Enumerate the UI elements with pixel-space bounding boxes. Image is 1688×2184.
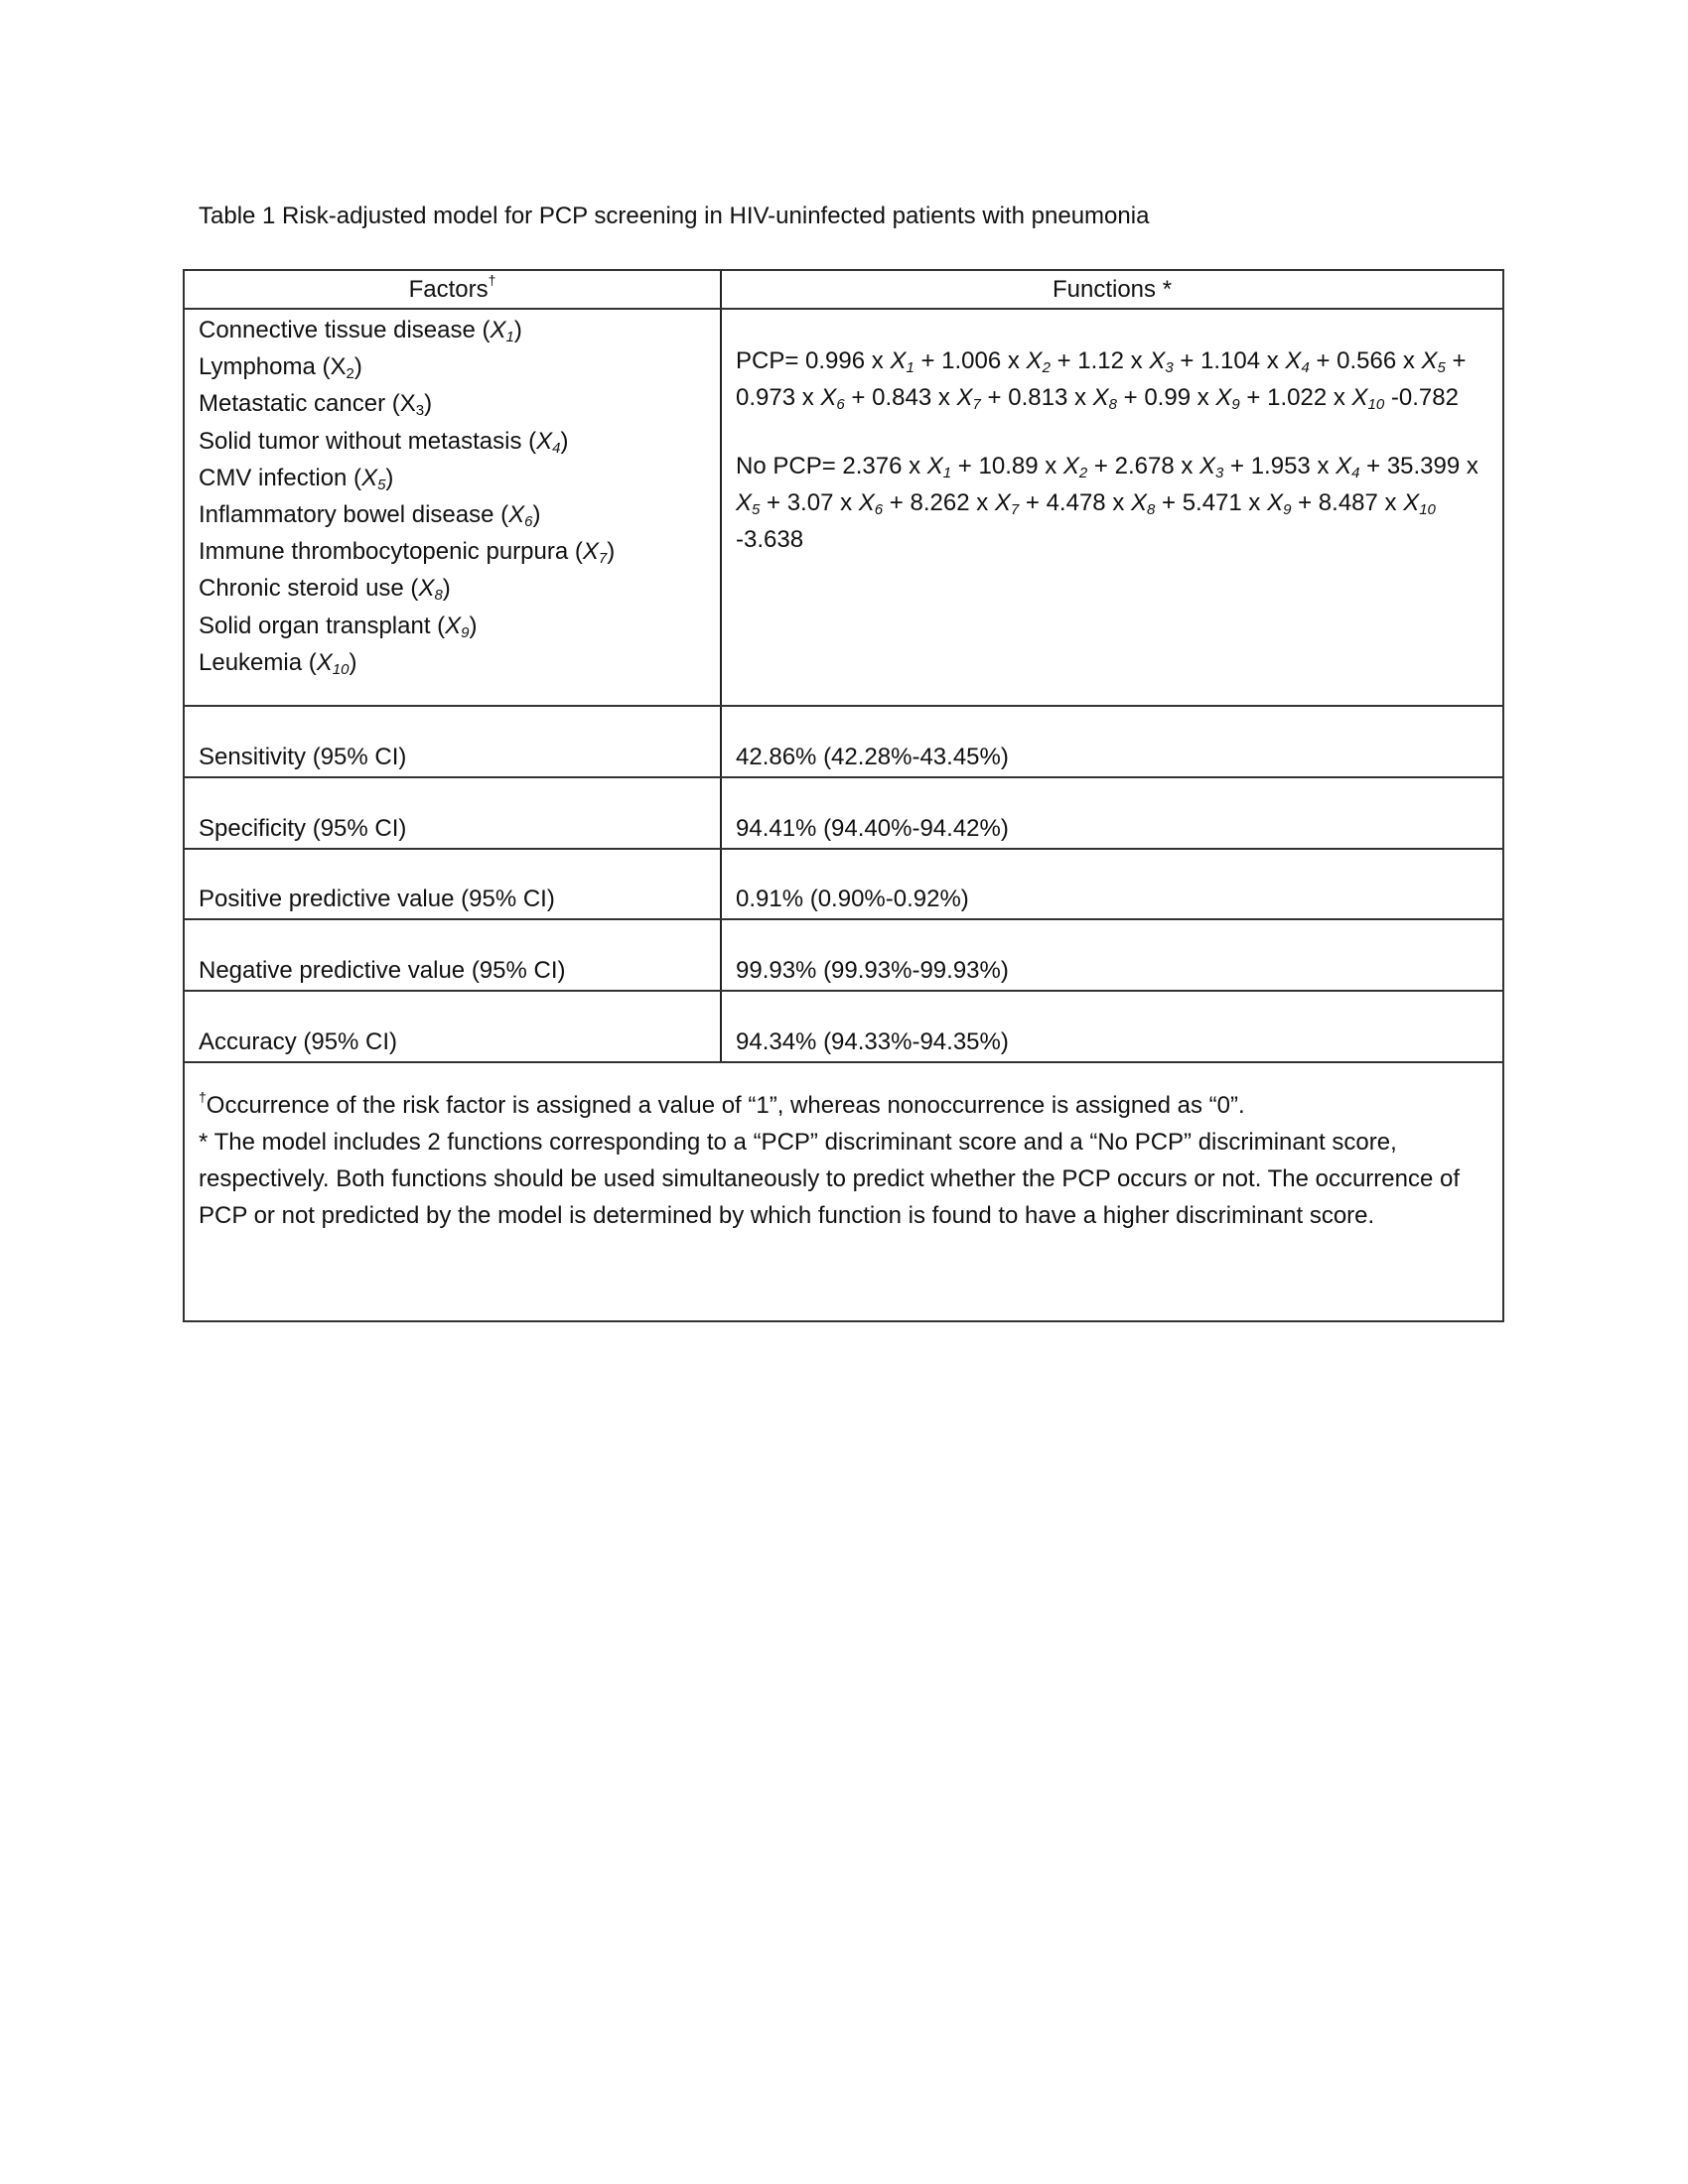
risk-model-table: Factors† Functions * Connective tissue d… [183,269,1504,1322]
header-divider [185,308,1502,310]
header-factors-label: Factors [409,276,489,303]
stat-value: 94.41% (94.40%-94.42%) [736,814,1009,844]
stat-label: Negative predictive value (95% CI) [199,956,566,986]
factor-item: Connective tissue disease (X1) [199,312,615,348]
stat-row: Accuracy (95% CI)94.34% (94.33%-94.35%) [185,992,1502,1063]
stat-row: Negative predictive value (95% CI)99.93%… [185,920,1502,992]
header-functions: Functions * [722,271,1502,308]
function-list: PCP= 0.996 x X1 + 1.006 x X2 + 1.12 x X3… [736,342,1490,590]
stat-value: 42.86% (42.28%-43.45%) [736,743,1009,772]
stat-label: Specificity (95% CI) [199,814,406,844]
factor-item: Lymphoma (X2) [199,348,615,385]
stat-row: Specificity (95% CI)94.41% (94.40%-94.42… [185,778,1502,850]
stat-row: Sensitivity (95% CI)42.86% (42.28%-43.45… [185,707,1502,778]
factor-item: Metastatic cancer (X3) [199,385,615,422]
footnote-asterisk: * The model includes 2 functions corresp… [199,1124,1489,1234]
table-caption: Table 1 Risk-adjusted model for PCP scre… [199,202,1149,231]
stat-row: Positive predictive value (95% CI)0.91% … [185,849,1502,920]
factor-item: Chronic steroid use (X8) [199,570,615,607]
stat-value: 99.93% (99.93%-99.93%) [736,956,1009,986]
stat-value: 0.91% (0.90%-0.92%) [736,885,969,914]
footnotes: †Occurrence of the risk factor is assign… [199,1087,1489,1234]
factor-item: Solid organ transplant (X9) [199,608,615,644]
row-divider [185,1061,1502,1063]
factor-item: Immune thrombocytopenic purpura (X7) [199,533,615,570]
dagger-mark: † [489,272,496,288]
header-factors: Factors† [185,271,720,308]
stat-label: Positive predictive value (95% CI) [199,885,555,914]
factor-item: Solid tumor without metastasis (X4) [199,423,615,460]
factor-item: Inflammatory bowel disease (X6) [199,496,615,533]
no-pcp-function: No PCP= 2.376 x X1 + 10.89 x X2 + 2.678 … [736,448,1490,558]
factor-item: CMV infection (X5) [199,460,615,496]
stat-label: Sensitivity (95% CI) [199,743,406,772]
pcp-function: PCP= 0.996 x X1 + 1.006 x X2 + 1.12 x X3… [736,342,1490,416]
stat-label: Accuracy (95% CI) [199,1027,397,1057]
stat-value: 94.34% (94.33%-94.35%) [736,1027,1009,1057]
footnote-dagger: †Occurrence of the risk factor is assign… [199,1087,1489,1124]
factor-item: Leukemia (X10) [199,644,615,681]
factor-list: Connective tissue disease (X1)Lymphoma (… [199,312,615,681]
